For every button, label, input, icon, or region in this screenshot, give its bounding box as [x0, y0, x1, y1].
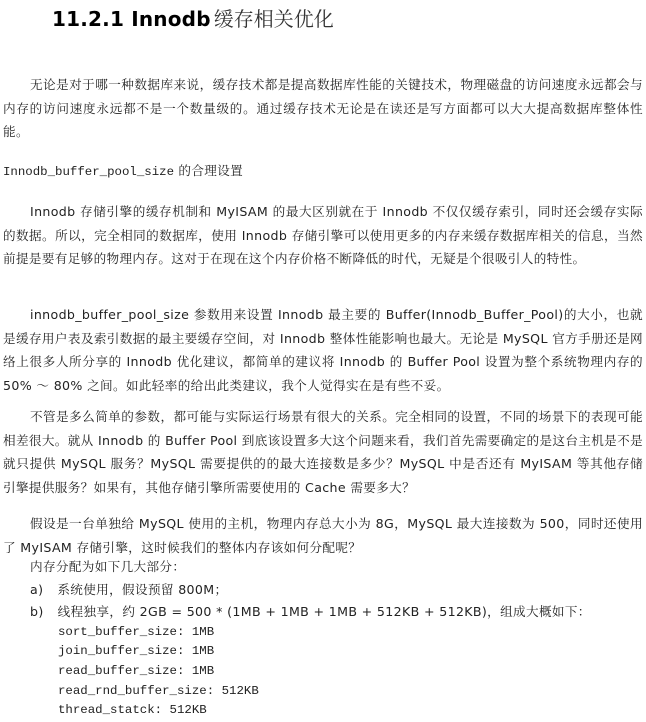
allocation-intro: 内存分配为如下几大部分：: [30, 557, 185, 577]
subheading: Innodb_buffer_pool_size 的合理设置: [3, 161, 243, 182]
subheading-text: 的合理设置: [174, 163, 243, 178]
section-heading: 11.2.1 Innodb缓存相关优化: [52, 4, 334, 34]
section-number: 11.2.1 Innodb: [52, 7, 211, 31]
thread-buffer-line: thread_statck: 512KB: [58, 700, 207, 720]
allocation-item-a: a)系统使用，假设预留 800M；: [30, 580, 227, 600]
thread-buffer-line: read_rnd_buffer_size: 512KB: [58, 681, 259, 701]
item-text: 线程独享，约 2GB = 500 * (1MB + 1MB + 1MB + 51…: [58, 604, 591, 619]
item-marker: b): [30, 604, 44, 619]
item-marker: a): [30, 582, 43, 597]
allocation-item-b: b)线程独享，约 2GB = 500 * (1MB + 1MB + 1MB + …: [30, 602, 591, 622]
thread-buffer-line: read_buffer_size: 1MB: [58, 661, 214, 681]
thread-buffer-line: join_buffer_size: 1MB: [58, 641, 214, 661]
paragraph-buffer-pool: innodb_buffer_pool_size 参数用来设置 Innodb 最主…: [3, 303, 643, 397]
thread-buffer-line: sort_buffer_size: 1MB: [58, 622, 214, 642]
paragraph-intro: 无论是对于哪一种数据库来说，缓存技术都是提高数据库性能的关键技术，物理磁盘的访问…: [3, 73, 643, 144]
item-text: 系统使用，假设预留 800M；: [57, 582, 227, 597]
subheading-param: Innodb_buffer_pool_size: [3, 165, 174, 179]
paragraph-scenario: 不管是多么简单的参数，都可能与实际运行场景有很大的关系。完全相同的设置，不同的场…: [3, 405, 643, 499]
section-title: 缓存相关优化: [214, 7, 334, 31]
paragraph-assumption: 假设是一台单独给 MySQL 使用的主机，物理内存总大小为 8G，MySQL 最…: [3, 512, 643, 559]
paragraph-innodb-cache: Innodb 存储引擎的缓存机制和 MyISAM 的最大区别就在于 Innodb…: [3, 200, 643, 271]
